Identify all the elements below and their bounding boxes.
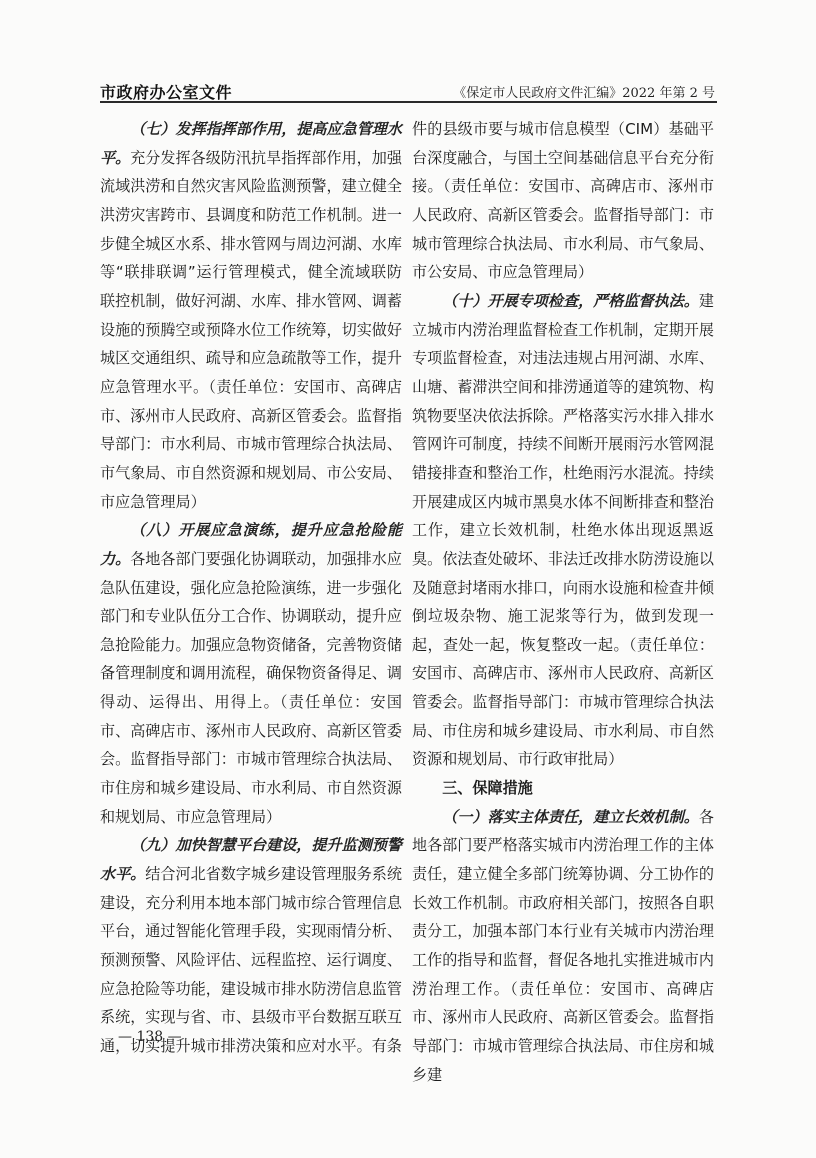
paragraph-item-9-continued: 件的县级市要与城市信息模型（CIM）基础平台深度融合，与国土空间基础信息平台充分… bbox=[412, 115, 714, 287]
paragraph-item-10: （十）开展专项检查，严格监督执法。建立城市内涝治理监督检查工作机制，定期开展专项… bbox=[412, 287, 714, 774]
running-header: 市政府办公室文件 《保定市人民政府文件汇编》2022 年第 2 号 bbox=[100, 80, 715, 102]
paragraph-body: 各地各部门要严格落实城市内涝治理工作的主体责任，建立健全多部门统筹协调、分工协作… bbox=[412, 808, 714, 1084]
header-publication-title: 《保定市人民政府文件汇编》2022 年第 2 号 bbox=[453, 82, 715, 101]
header-section-title: 市政府办公室文件 bbox=[100, 80, 232, 103]
paragraph-item-8: （八）开展应急演练，提升应急抢险能力。各地各部门要强化协调联动，加强排水应急队伍… bbox=[100, 516, 402, 831]
paragraph-item-7: （七）发挥指挥部作用，提高应急管理水平。充分发挥各级防汛抗旱指挥部作用，加强流域… bbox=[100, 115, 402, 516]
right-column: 件的县级市要与城市信息模型（CIM）基础平台深度融合，与国土空间基础信息平台充分… bbox=[412, 115, 714, 1089]
page-number: — 138 — bbox=[118, 1029, 182, 1045]
section-heading: 三、保障措施 bbox=[412, 774, 714, 803]
paragraph-item-9: （九）加快智慧平台建设，提升监测预警水平。结合河北省数字城乡建设管理服务系统建设… bbox=[100, 831, 402, 1060]
paragraph-body: 建立城市内涝治理监督检查工作机制，定期开展专项监督检查，对违法违规占用河湖、水库… bbox=[412, 292, 714, 769]
paragraph-lead: （十）开展专项检查，严格监督执法。 bbox=[442, 292, 699, 310]
paragraph-body: 充分发挥各级防汛抗旱指挥部作用，加强流域洪涝和自然灾害风险监测预警，建立健全洪涝… bbox=[100, 149, 402, 511]
paragraph-body: 结合河北省数字城乡建设管理服务系统建设，充分利用本地本部门城市综合管理信息平台，… bbox=[100, 865, 402, 1055]
paragraph-section3-item-1: （一）落实主体责任，建立长效机制。各地各部门要严格落实城市内涝治理工作的主体责任… bbox=[412, 803, 714, 1090]
paragraph-body: 各地各部门要强化协调联动，加强排水应急队伍建设，强化应急抢险演练，进一步强化部门… bbox=[100, 550, 402, 826]
left-column: （七）发挥指挥部作用，提高应急管理水平。充分发挥各级防汛抗旱指挥部作用，加强流域… bbox=[100, 115, 402, 1061]
paragraph-lead: （一）落实主体责任，建立长效机制。 bbox=[442, 808, 699, 826]
header-rule bbox=[100, 101, 717, 103]
